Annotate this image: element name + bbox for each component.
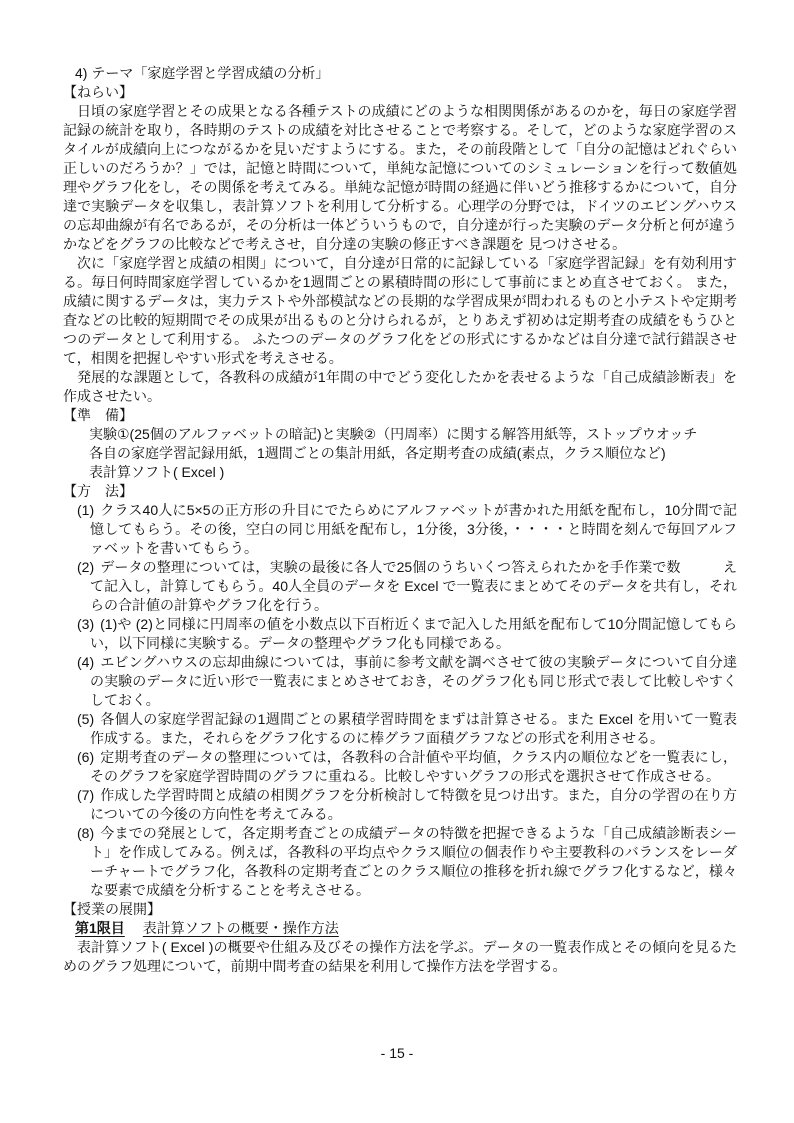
section-heading-nerai: 【ねらい】 xyxy=(63,83,737,102)
nerai-paragraph-2: 次に「家庭学習と成績の相関」について，自分達が日常的に記録している「家庭学習記録… xyxy=(63,254,737,368)
section-heading-houhou: 【方 法】 xyxy=(63,482,737,501)
lesson-title: 表計算ソフトの概要・操作方法 xyxy=(143,920,339,936)
method-item-text: (1)や (2)と同様に円周率の値を小数点以下百桁近くまで記入した用紙を配布して… xyxy=(90,616,737,651)
page-number: - 15 - xyxy=(0,1044,794,1063)
lesson-heading-line: 第1限目表計算ソフトの概要・操作方法 xyxy=(75,919,737,938)
nerai-paragraph-1: 日頃の家庭学習とその成果となる各種テストの成績にどのような相関関係があるのかを，… xyxy=(63,102,737,254)
document-page: 4) テーマ「家庭学習と学習成績の分析」 【ねらい】 日頃の家庭学習とその成果と… xyxy=(0,0,794,1123)
lesson-paragraph: 表計算ソフト( Excel )の概要や仕組み及びその操作方法を学ぶ。データの一覧… xyxy=(63,938,737,976)
theme-line: 4) テーマ「家庭学習と学習成績の分析」 xyxy=(75,64,737,83)
method-item-number: (4) xyxy=(77,654,94,670)
method-item-number: (8) xyxy=(77,825,94,841)
method-item-text: 今までの発展として，各定期考査ごとの成績データの特徴を把握できるような「自己成績… xyxy=(90,825,737,898)
method-list: (1)クラス40人に5×5の正方形の升目にでたらめにアルファベットが書かれた用紙… xyxy=(63,501,737,900)
method-item: (7)作成した学習時間と成績の相関グラフを分析検討して特徴を見つけ出す。また，自… xyxy=(63,786,737,824)
prep-list: 実験①(25個のアルファベットの暗記)と実験②（円周率）に関する解答用紙等，スト… xyxy=(63,425,737,482)
method-item-number: (3) xyxy=(77,616,94,632)
method-item-number: (1) xyxy=(77,502,94,518)
method-item: (2)データの整理については，実験の最後に各人で25個のうちいくつ答えられたかを… xyxy=(63,558,737,615)
method-item: (8)今までの発展として，各定期考査ごとの成績データの特徴を把握できるような「自… xyxy=(63,824,737,900)
method-item-text: データの整理については，実験の最後に各人で25個のうちいくつ答えられたかを手作業… xyxy=(90,559,737,613)
method-item-number: (6) xyxy=(77,749,94,765)
method-item-text: 作成した学習時間と成績の相関グラフを分析検討して特徴を見つけ出す。また，自分の学… xyxy=(90,787,737,822)
method-item: (4)エビングハウスの忘却曲線については，事前に参考文献を調べさせて彼の実験デー… xyxy=(63,653,737,710)
prep-item: 表計算ソフト( Excel ) xyxy=(89,463,737,482)
method-item-number: (7) xyxy=(77,787,94,803)
method-item-text: エビングハウスの忘却曲線については，事前に参考文献を調べさせて彼の実験データにつ… xyxy=(90,654,737,708)
method-item-number: (2) xyxy=(77,559,94,575)
lesson-number: 第1限目 xyxy=(75,920,125,936)
method-item-text: 定期考査のデータの整理については，各教科の合計値や平均値，クラス内の順位などを一… xyxy=(90,749,737,784)
method-item: (3)(1)や (2)と同様に円周率の値を小数点以下百桁近くまで記入した用紙を配… xyxy=(63,615,737,653)
method-item-text: クラス40人に5×5の正方形の升目にでたらめにアルファベットが書かれた用紙を配布… xyxy=(90,502,737,556)
method-item: (6)定期考査のデータの整理については，各教科の合計値や平均値，クラス内の順位な… xyxy=(63,748,737,786)
nerai-paragraph-3: 発展的な課題として，各教科の成績が1年間の中でどう変化したかを表せるような「自己… xyxy=(63,368,737,406)
method-item-number: (5) xyxy=(77,711,94,727)
method-item: (1)クラス40人に5×5の正方形の升目にでたらめにアルファベットが書かれた用紙… xyxy=(63,501,737,558)
method-item: (5)各個人の家庭学習記録の1週間ごとの累積学習時間をまずは計算させる。また E… xyxy=(63,710,737,748)
method-item-text: 各個人の家庭学習記録の1週間ごとの累積学習時間をまずは計算させる。また Exce… xyxy=(90,711,737,746)
section-heading-tenkai: 【授業の展開】 xyxy=(63,900,737,919)
prep-item: 実験①(25個のアルファベットの暗記)と実験②（円周率）に関する解答用紙等，スト… xyxy=(89,425,737,444)
prep-item: 各自の家庭学習記録用紙，1週間ごとの集計用紙，各定期考査の成績(素点，クラス順位… xyxy=(89,444,737,463)
section-heading-junbi: 【準 備】 xyxy=(63,406,737,425)
